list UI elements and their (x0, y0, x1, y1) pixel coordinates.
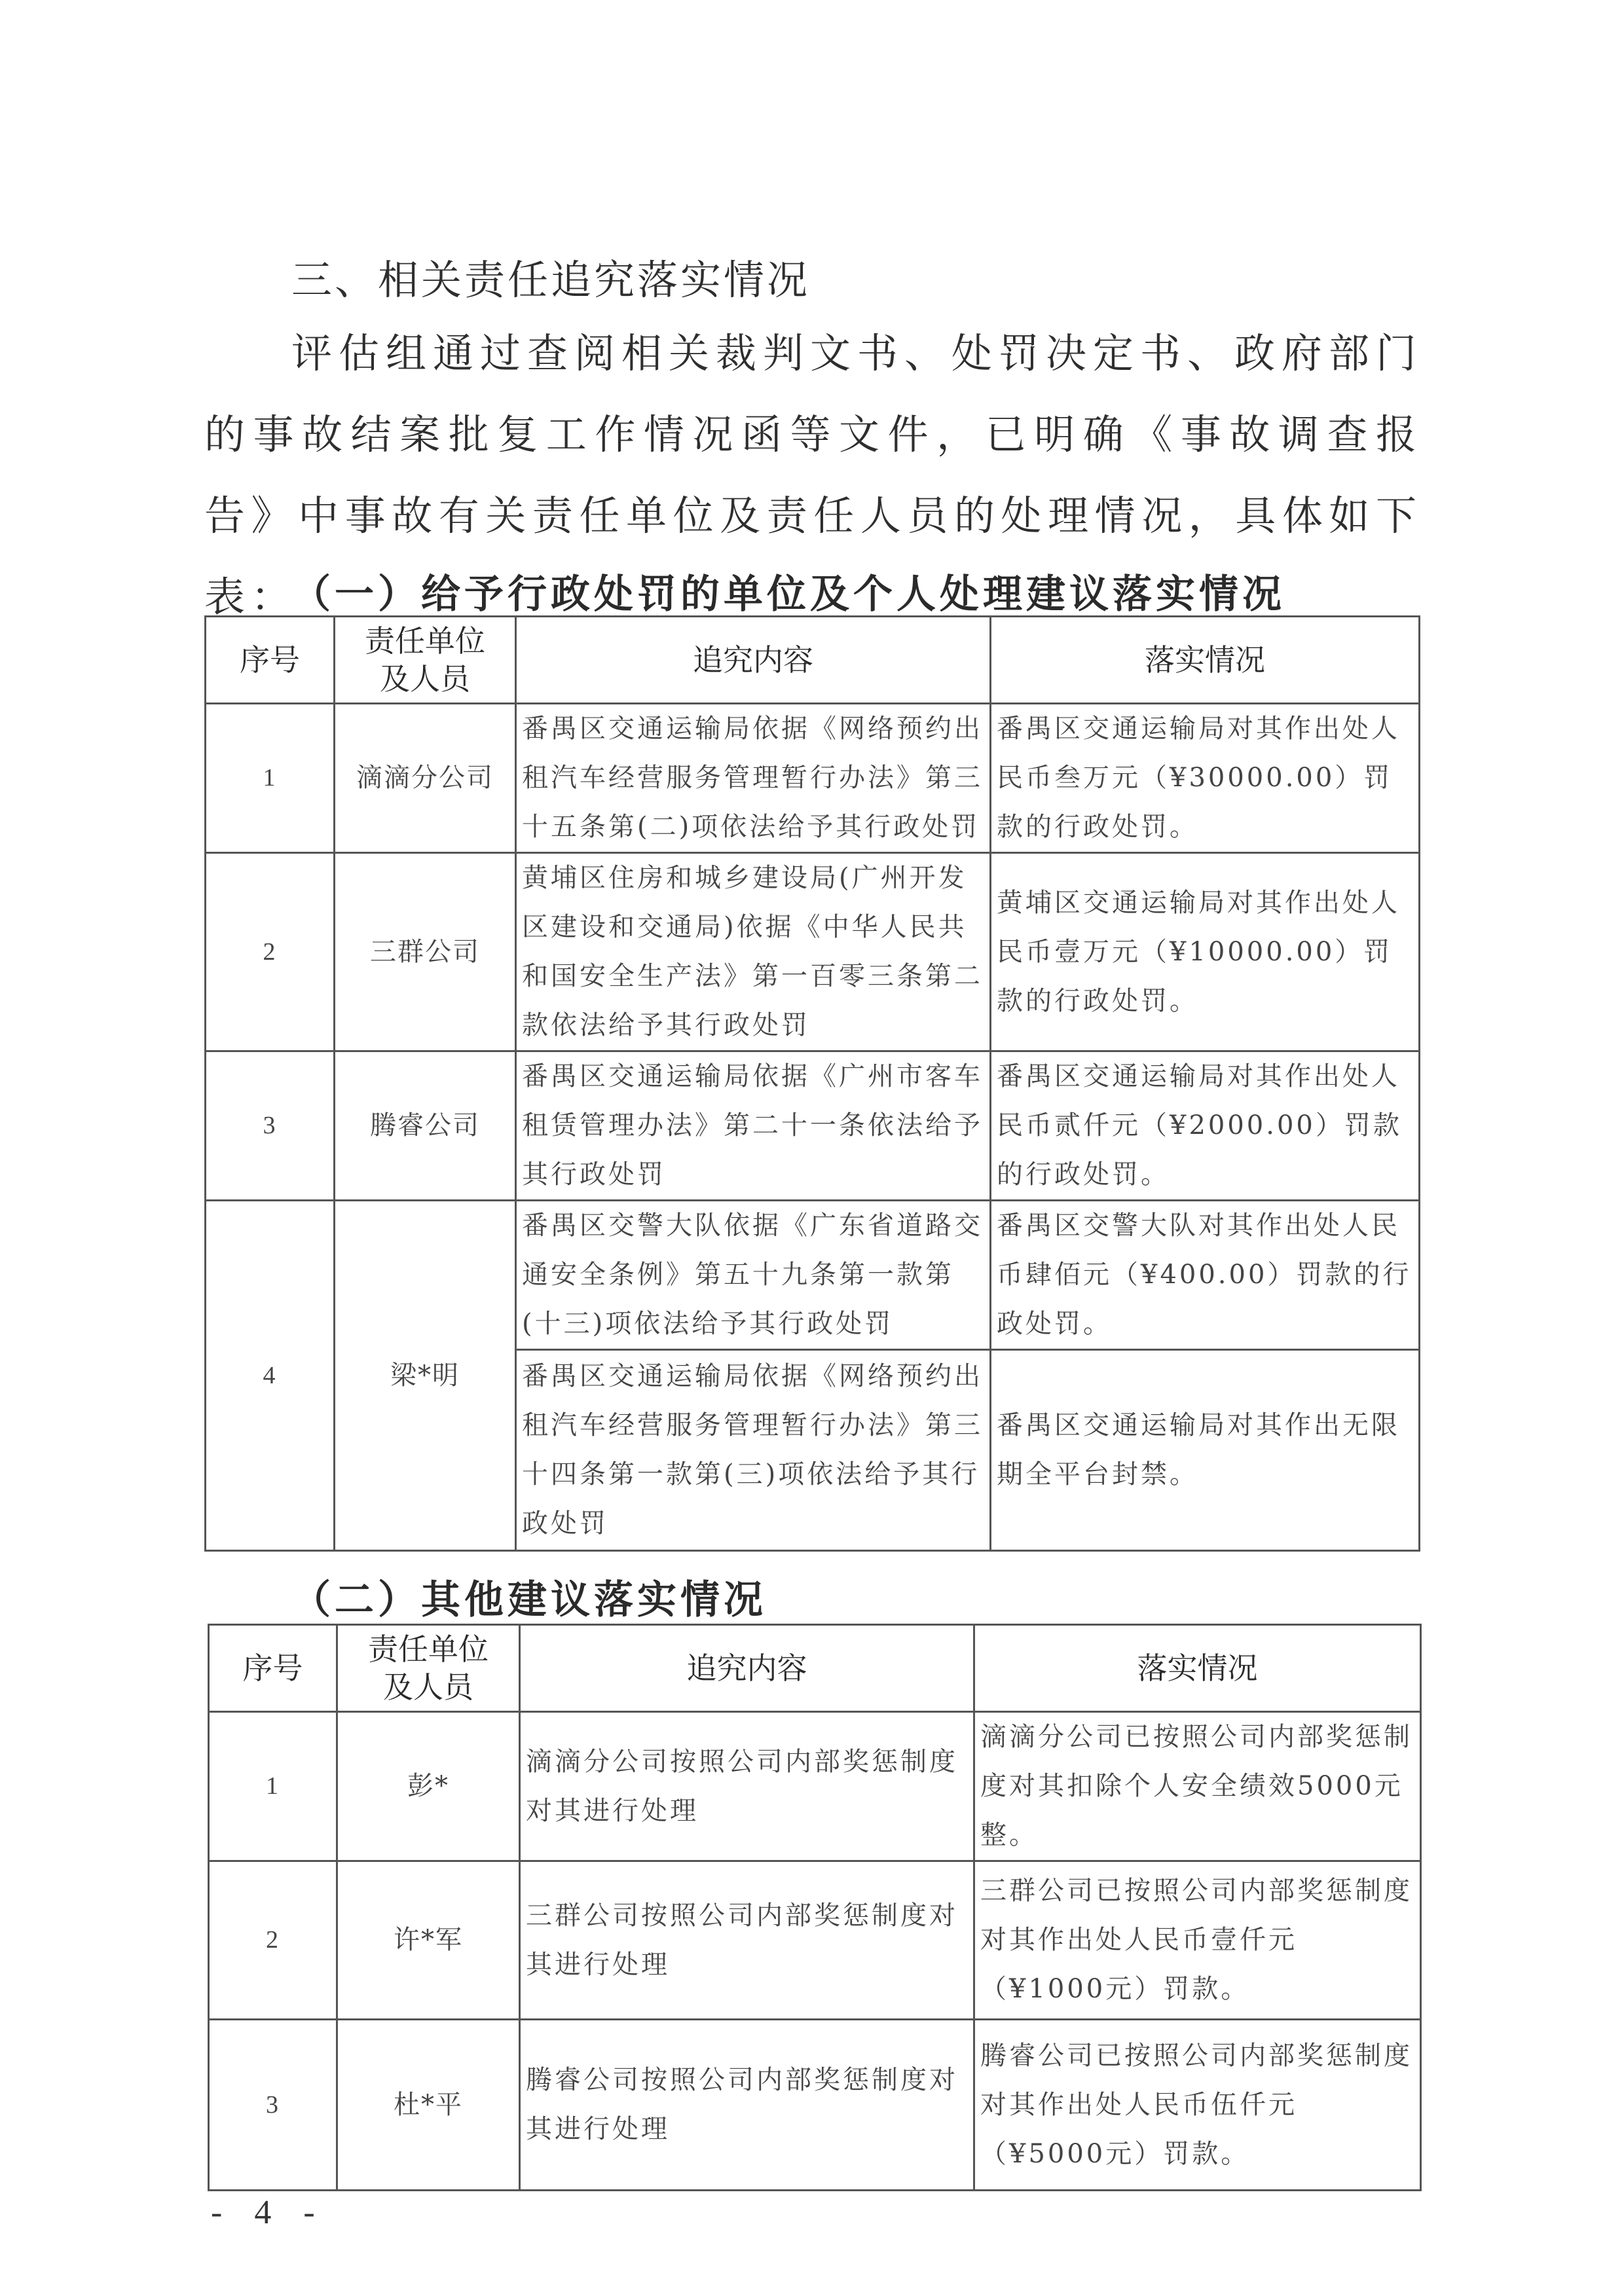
row-party: 滴滴分公司 (335, 704, 516, 853)
header-accountability: 追究内容 (516, 617, 991, 704)
row-implementation: 番禺区交通运输局对其作出处人民币叁万元（¥30000.00）罚款的行政处罚。 (991, 704, 1420, 853)
administrative-penalty-table: 序号 责任单位 及人员 追究内容 落实情况 1 滴滴分公司 番禺区交通运输局依据… (204, 615, 1420, 1552)
row-accountability: 番禺区交通运输局依据《网络预约出租汽车经营服务管理暂行办法》第三十五条第(二)项… (516, 704, 991, 853)
row-implementation: 滴滴分公司已按照公司内部奖惩制度对其扣除个人安全绩效5000元整。 (974, 1712, 1421, 1861)
header-party-line2: 及人员 (343, 1668, 513, 1706)
row-implementation: 番禺区交警大队对其作出处人民币肆佰元（¥400.00）罚款的行政处罚。 (991, 1201, 1420, 1350)
row-party: 许*军 (337, 1861, 520, 2020)
section-heading: 三、相关责任追究落实情况 (291, 247, 810, 306)
header-accountability: 追究内容 (520, 1625, 974, 1712)
row-accountability: 滴滴分公司按照公司内部奖惩制度对其进行处理 (520, 1712, 974, 1861)
header-party: 责任单位 及人员 (335, 617, 516, 704)
table2-title: （二）其他建议落实情况 (291, 1569, 767, 1625)
table-row: 1 彭* 滴滴分公司按照公司内部奖惩制度对其进行处理 滴滴分公司已按照公司内部奖… (209, 1712, 1421, 1861)
table-header-row: 序号 责任单位 及人员 追究内容 落实情况 (209, 1625, 1421, 1712)
row-no: 2 (209, 1861, 337, 2020)
header-implementation: 落实情况 (991, 617, 1420, 704)
table-row: 1 滴滴分公司 番禺区交通运输局依据《网络预约出租汽车经营服务管理暂行办法》第三… (206, 704, 1420, 853)
header-party-line1: 责任单位 (343, 1630, 513, 1668)
header-no: 序号 (206, 617, 335, 704)
row-accountability: 番禺区交警大队依据《广东省道路交通安全条例》第五十九条第一款第(十三)项依法给予… (516, 1201, 991, 1350)
row-party: 梁*明 (335, 1201, 516, 1551)
table-row: 2 三群公司 黄埔区住房和城乡建设局(广州开发区建设和交通局)依据《中华人民共和… (206, 853, 1420, 1051)
row-no: 1 (209, 1712, 337, 1861)
header-party-line2: 及人员 (341, 660, 509, 698)
row-no: 3 (206, 1051, 335, 1201)
row-party: 腾睿公司 (335, 1051, 516, 1201)
row-accountability: 黄埔区住房和城乡建设局(广州开发区建设和交通局)依据《中华人民共和国安全生产法》… (516, 853, 991, 1051)
row-implementation-2: 番禺区交通运输局对其作出无限期全平台封禁。 (991, 1350, 1420, 1551)
table-row: 4 梁*明 番禺区交警大队依据《广东省道路交通安全条例》第五十九条第一款第(十三… (206, 1201, 1420, 1350)
row-party: 杜*平 (337, 2020, 520, 2191)
row-accountability: 三群公司按照公司内部奖惩制度对其进行处理 (520, 1861, 974, 2020)
header-party: 责任单位 及人员 (337, 1625, 520, 1712)
row-no: 4 (206, 1201, 335, 1551)
row-no: 1 (206, 704, 335, 853)
row-no: 3 (209, 2020, 337, 2191)
row-implementation: 番禺区交通运输局对其作出处人民币贰仟元（¥2000.00）罚款的行政处罚。 (991, 1051, 1420, 1201)
header-party-line1: 责任单位 (341, 622, 509, 660)
table1-title: （一）给予行政处罚的单位及个人处理建议落实情况 (291, 563, 1285, 619)
table-row: 2 许*军 三群公司按照公司内部奖惩制度对其进行处理 三群公司已按照公司内部奖惩… (209, 1861, 1421, 2020)
row-no: 2 (206, 853, 335, 1051)
header-implementation: 落实情况 (974, 1625, 1421, 1712)
table-header-row: 序号 责任单位 及人员 追究内容 落实情况 (206, 617, 1420, 704)
header-no: 序号 (209, 1625, 337, 1712)
row-accountability-2: 番禺区交通运输局依据《网络预约出租汽车经营服务管理暂行办法》第三十四条第一款第(… (516, 1350, 991, 1551)
page-number: - 4 - (211, 2193, 327, 2232)
row-accountability: 腾睿公司按照公司内部奖惩制度对其进行处理 (520, 2020, 974, 2191)
row-implementation: 腾睿公司已按照公司内部奖惩制度对其作出处人民币伍仟元（¥5000元）罚款。 (974, 2020, 1421, 2191)
row-implementation: 三群公司已按照公司内部奖惩制度对其作出处人民币壹仟元（¥1000元）罚款。 (974, 1861, 1421, 2020)
row-accountability: 番禺区交通运输局依据《广州市客车租赁管理办法》第二十一条依法给予其行政处罚 (516, 1051, 991, 1201)
table-row: 3 杜*平 腾睿公司按照公司内部奖惩制度对其进行处理 腾睿公司已按照公司内部奖惩… (209, 2020, 1421, 2191)
row-party: 彭* (337, 1712, 520, 1861)
row-implementation: 黄埔区交通运输局对其作出处人民币壹万元（¥10000.00）罚款的行政处罚。 (991, 853, 1420, 1051)
table-row: 3 腾睿公司 番禺区交通运输局依据《广州市客车租赁管理办法》第二十一条依法给予其… (206, 1051, 1420, 1201)
row-party: 三群公司 (335, 853, 516, 1051)
other-recommendations-table: 序号 责任单位 及人员 追究内容 落实情况 1 彭* 滴滴分公司按照公司内部奖惩… (208, 1624, 1422, 2191)
